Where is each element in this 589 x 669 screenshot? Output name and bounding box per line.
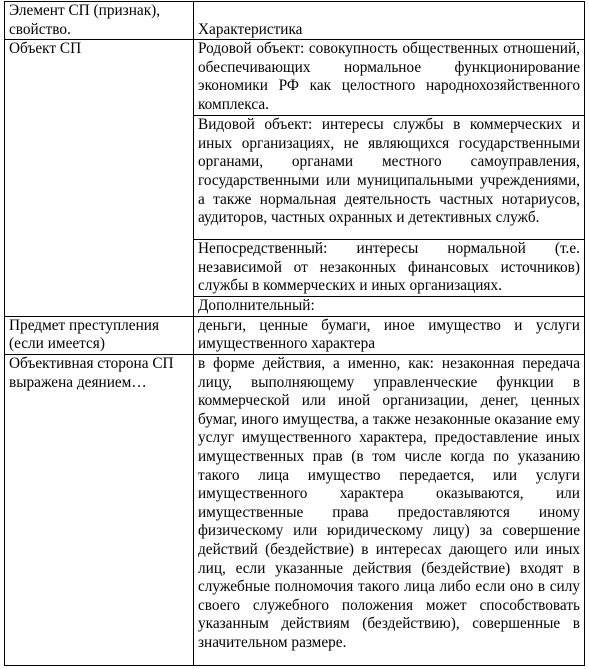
direct-object: Непосредственный: интересы нормальной (т… <box>194 240 585 297</box>
header-element: Элемент СП (признак), свойство. <box>5 2 194 40</box>
additional-object: Дополнительный: <box>194 297 585 317</box>
table-row: Предмет преступления (если имеется) день… <box>5 316 585 354</box>
subject-value: деньги, ценные бумаги, иное имущество и … <box>194 316 585 354</box>
table-row: Объект СП Родовой объект: совокупность о… <box>5 40 585 116</box>
table-header-row: Элемент СП (признак), свойство. Характер… <box>5 2 585 40</box>
objective-side-label: Объективная сторона СП выражена деянием… <box>5 354 194 665</box>
table-row: Объективная сторона СП выражена деянием…… <box>5 354 585 665</box>
header-characteristic: Характеристика <box>194 2 585 40</box>
generic-object: Родовой объект: совокупность общественны… <box>194 40 585 116</box>
subject-label: Предмет преступления (если имеется) <box>5 316 194 354</box>
specific-object: Видовой объект: интересы службы в коммер… <box>194 116 585 240</box>
object-label: Объект СП <box>5 40 194 317</box>
crime-elements-table: Элемент СП (признак), свойство. Характер… <box>4 1 585 666</box>
objective-side-value: в форме действия, а именно, как: незакон… <box>194 354 585 665</box>
